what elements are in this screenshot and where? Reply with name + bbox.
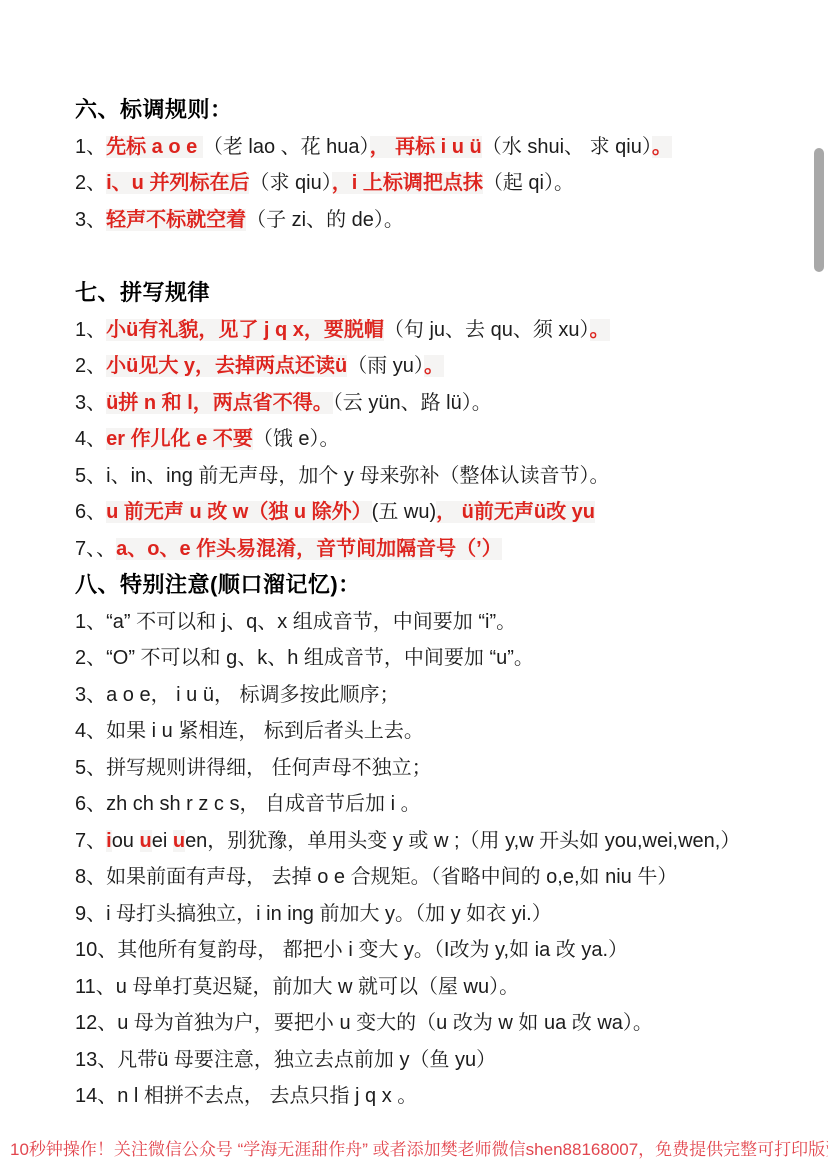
text-line: 1、先标 a o e （老 lao 、花 hua）， 再标 i u ü（水 sh… — [75, 129, 814, 166]
plain-text: 3、a o e， i u ü， 标调多按此顺序； — [75, 684, 400, 706]
plain-text: 3、 — [75, 209, 106, 231]
promo-footer-text: 10秒钟操作！关注微信公众号 “学海无涯甜作舟” 或者添加樊老师微信shen88… — [10, 1139, 828, 1161]
plain-text: 2、 — [75, 172, 106, 194]
plain-text: （水 shui、 求 qiu） — [482, 136, 652, 158]
section-heading: 八、特别注意(顺口溜记忆)： — [75, 567, 814, 604]
text-line: 10、其他所有复韵母， 都把小 i 变大 y。（I改为 y,如 ia 改 ya.… — [75, 932, 814, 969]
text-line: 5、i、in、ing 前无声母，加个 y 母来弥补（整体认读音节）。 — [75, 458, 814, 495]
plain-text: 8、如果前面有声母， 去掉 o e 合规矩。（省略中间的 o,e,如 niu 牛… — [75, 866, 677, 888]
highlighted-text: 小ü见大 y，去掉两点还读ü — [106, 355, 347, 377]
plain-text: ou — [112, 830, 140, 852]
text-line: 6、zh ch sh r z c s， 自成音节后加 i 。 — [75, 786, 814, 823]
plain-text: 5、i、in、ing 前无声母，加个 y 母来弥补（整体认读音节）。 — [75, 465, 610, 487]
plain-text: ei — [152, 830, 173, 852]
vertical-scrollbar-thumb[interactable] — [814, 148, 824, 272]
plain-text: 2、“O” 不可以和 g、k、h 组成音节，中间要加 “u”。 — [75, 647, 534, 669]
section-heading: 七、拼写规律 — [75, 275, 814, 312]
plain-text: 3、 — [75, 392, 106, 414]
plain-text: 6、 — [75, 501, 106, 523]
section: 七、拼写规律1、小ü有礼貌，见了 j q x，要脱帽（句 ju、去 qu、须 x… — [75, 275, 814, 567]
plain-text: 4、如果 i u 紧相连， 标到后者头上去。 — [75, 720, 424, 742]
highlighted-text: 。 — [590, 319, 610, 341]
text-line: 4、er 作儿化 e 不要（饿 e）。 — [75, 421, 814, 458]
highlighted-text: a、o、e 作头易混淆，音节间加隔音号（’） — [116, 538, 502, 560]
plain-text: 6、zh ch sh r z c s， 自成音节后加 i 。 — [75, 793, 421, 815]
section-heading: 六、标调规则： — [75, 92, 814, 129]
text-line: 1、小ü有礼貌，见了 j q x，要脱帽（句 ju、去 qu、须 xu）。 — [75, 312, 814, 349]
plain-text: 11、u 母单打莫迟疑，前加大 w 就可以（屋 wu）。 — [75, 976, 519, 998]
section: 六、标调规则：1、先标 a o e （老 lao 、花 hua）， 再标 i u… — [75, 92, 814, 238]
section: 八、特别注意(顺口溜记忆)：1、“a” 不可以和 j、q、x 组成音节，中间要加… — [75, 567, 814, 1115]
plain-text: 1、“a” 不可以和 j、q、x 组成音节，中间要加 “i”。 — [75, 611, 516, 633]
highlighted-text: er 作儿化 e 不要 — [106, 428, 253, 450]
plain-text: 5、拼写规则讲得细， 任何声母不独立； — [75, 757, 432, 779]
plain-text: （雨 yu） — [347, 355, 424, 377]
highlighted-text: u — [173, 830, 185, 852]
plain-text: 13、凡带ü 母要注意，独立去点前加 y（鱼 yu） — [75, 1049, 496, 1071]
plain-text: （云 yün、路 lü）。 — [333, 392, 492, 414]
text-line: 7、iou uei uen，别犹豫，单用头变 y 或 w ;（用 y,w 开头如… — [75, 823, 814, 860]
plain-text: 2、 — [75, 355, 106, 377]
text-line: 13、凡带ü 母要注意，独立去点前加 y（鱼 yu） — [75, 1042, 814, 1079]
highlighted-text: 小ü有礼貌，见了 j q x，要脱帽 — [106, 319, 384, 341]
text-line: 4、如果 i u 紧相连， 标到后者头上去。 — [75, 713, 814, 750]
text-line: 6、u 前无声 u 改 w（独 u 除外）(五 wu)， ü前无声ü改 yu — [75, 494, 814, 531]
highlighted-text: 轻声不标就空着 — [106, 209, 246, 231]
plain-text: en，别犹豫，单用头变 y 或 w ;（用 y,w 开头如 you,wei,we… — [185, 830, 740, 852]
text-line: 12、u 母为首独为户，要把小 u 变大的（u 改为 w 如 ua 改 wa）。 — [75, 1005, 814, 1042]
text-line: 3、ü拼 n 和 l，两点省不得。（云 yün、路 lü）。 — [75, 385, 814, 422]
plain-text: 10、其他所有复韵母， 都把小 i 变大 y。（I改为 y,如 ia 改 ya.… — [75, 939, 628, 961]
text-line: 14、n l 相拼不去点， 去点只指 j q x 。 — [75, 1078, 814, 1115]
text-line: 5、拼写规则讲得细， 任何声母不独立； — [75, 750, 814, 787]
highlighted-text: 先标 a o e — [106, 136, 203, 158]
highlighted-text: u 前无声 u 改 w（独 u 除外） — [106, 501, 372, 523]
text-line: 2、i、u 并列标在后（求 qiu），i 上标调把点抹（起 qi）。 — [75, 165, 814, 202]
plain-text: （子 zi、的 de）。 — [246, 209, 404, 231]
plain-text: 12、u 母为首独为户，要把小 u 变大的（u 改为 w 如 ua 改 wa）。 — [75, 1012, 653, 1034]
text-line: 11、u 母单打莫迟疑，前加大 w 就可以（屋 wu）。 — [75, 969, 814, 1006]
plain-text: 7、、 — [75, 538, 116, 560]
plain-text: 4、 — [75, 428, 106, 450]
plain-text: 7、 — [75, 830, 106, 852]
text-line: 8、如果前面有声母， 去掉 o e 合规矩。（省略中间的 o,e,如 niu 牛… — [75, 859, 814, 896]
highlighted-text: u — [140, 830, 152, 852]
text-line: 9、i 母打头搞独立，i in ing 前加大 y。（加 y 如衣 yi.） — [75, 896, 814, 933]
plain-text: （起 qi）。 — [483, 172, 574, 194]
highlighted-text: ，i 上标调把点抹 — [332, 172, 483, 194]
text-line: 2、“O” 不可以和 g、k、h 组成音节，中间要加 “u”。 — [75, 640, 814, 677]
highlighted-text: 。 — [424, 355, 444, 377]
plain-text: （求 qiu） — [249, 172, 331, 194]
plain-text: 14、n l 相拼不去点， 去点只指 j q x 。 — [75, 1085, 417, 1107]
plain-text: 1、 — [75, 319, 106, 341]
highlighted-text: ü拼 n 和 l，两点省不得。 — [106, 392, 333, 414]
text-line: 1、“a” 不可以和 j、q、x 组成音节，中间要加 “i”。 — [75, 604, 814, 641]
plain-text: (五 wu) — [372, 501, 436, 523]
plain-text: 9、i 母打头搞独立，i in ing 前加大 y。（加 y 如衣 yi.） — [75, 903, 552, 925]
text-line: 3、a o e， i u ü， 标调多按此顺序； — [75, 677, 814, 714]
document-content: 六、标调规则：1、先标 a o e （老 lao 、花 hua）， 再标 i u… — [75, 92, 814, 1115]
plain-text: （老 lao 、花 hua） — [203, 136, 370, 158]
plain-text: 1、 — [75, 136, 106, 158]
highlighted-text: 。 — [652, 136, 672, 158]
text-line: 2、小ü见大 y，去掉两点还读ü（雨 yu）。 — [75, 348, 814, 385]
text-line: 7、、a、o、e 作头易混淆，音节间加隔音号（’） — [75, 531, 814, 568]
text-line: 3、轻声不标就空着（子 zi、的 de）。 — [75, 202, 814, 239]
highlighted-text: ， ü前无声ü改 yu — [436, 501, 595, 523]
document-page: { "colors": { "accent_red": "#dd241e", "… — [0, 0, 828, 1171]
highlighted-text: ， 再标 i u ü — [370, 136, 482, 158]
plain-text: （句 ju、去 qu、须 xu） — [384, 319, 590, 341]
highlighted-text: i、u 并列标在后 — [106, 172, 249, 194]
plain-text: （饿 e）。 — [253, 428, 340, 450]
